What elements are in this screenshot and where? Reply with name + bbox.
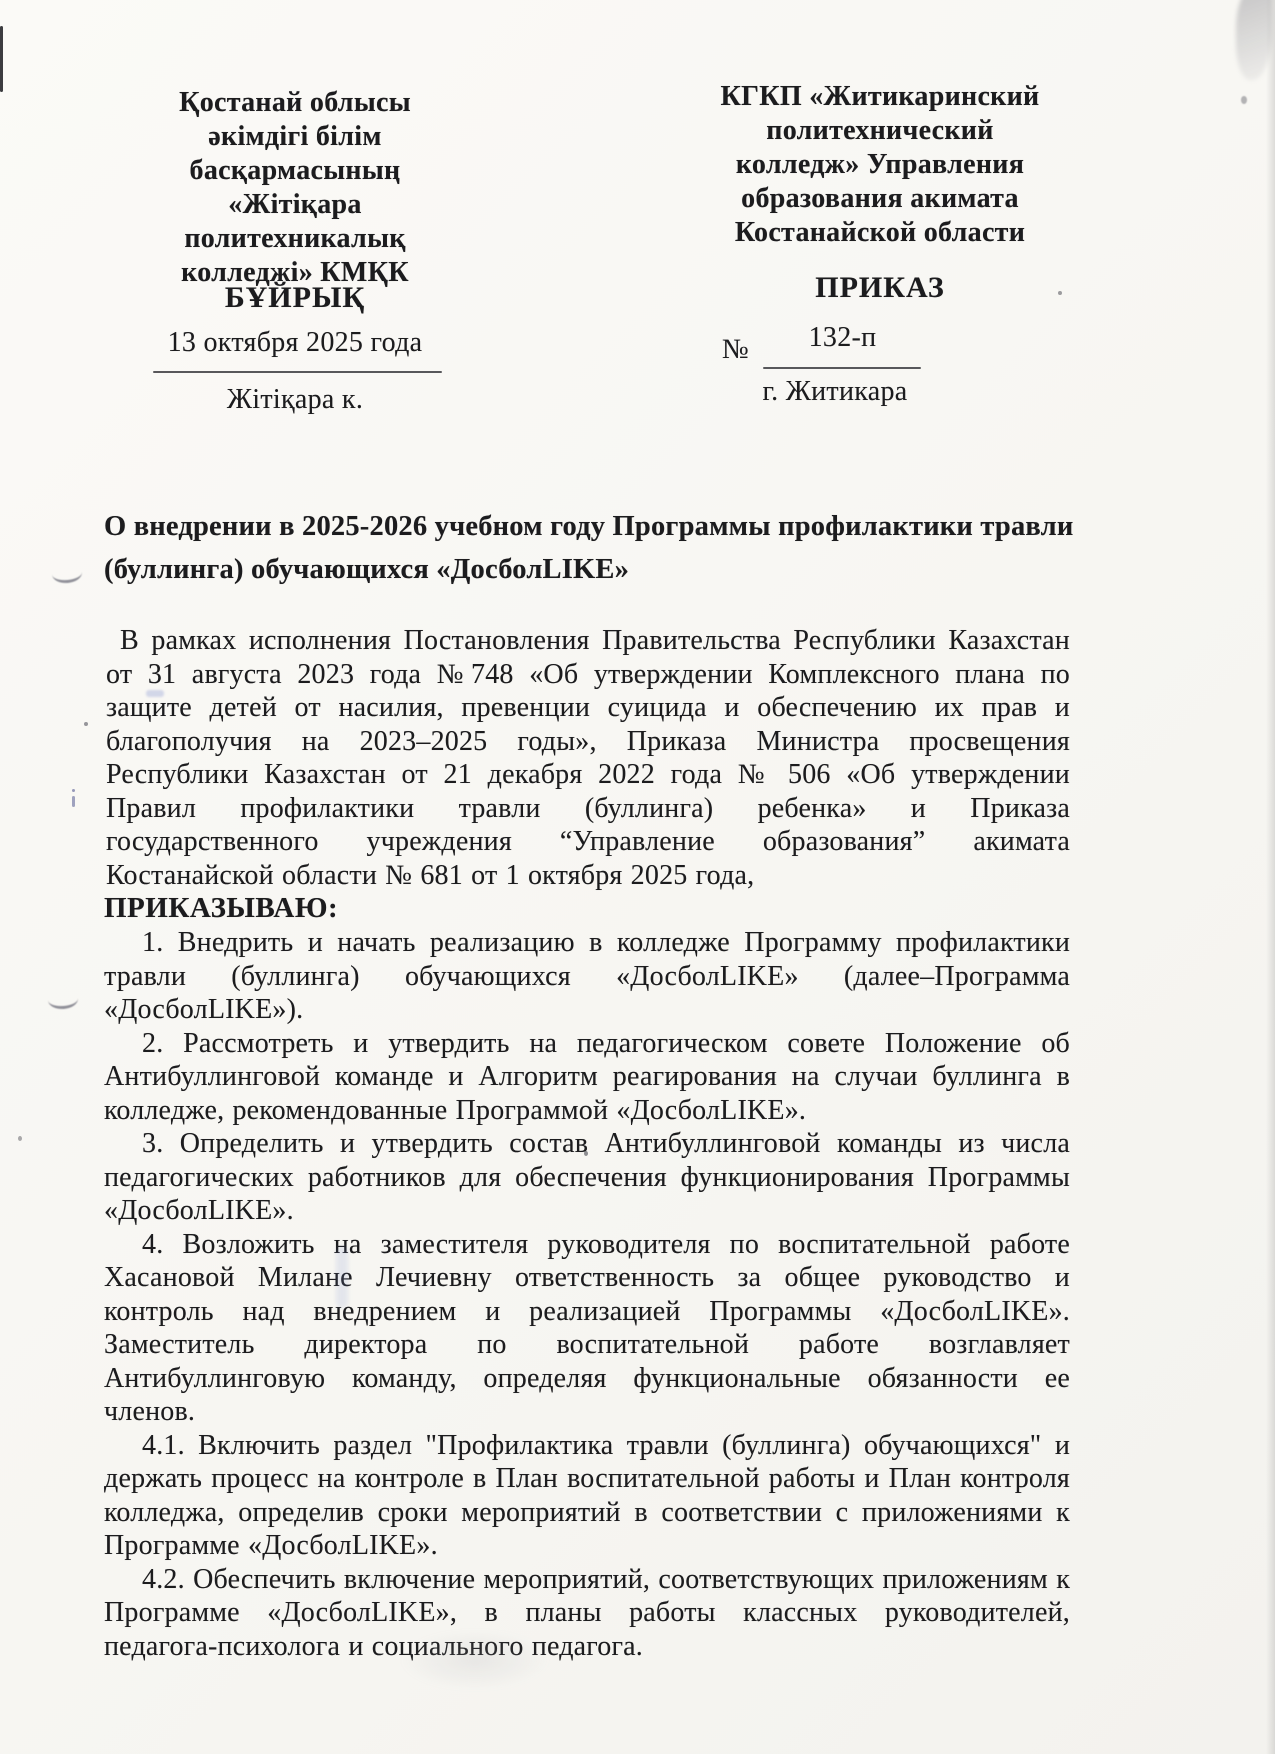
preamble-paragraph: В рамках исполнения Постановления Правит… <box>106 624 1070 892</box>
org-name-line: Қостанай облысы <box>120 86 470 120</box>
scan-artifact-pen-curve <box>51 563 83 585</box>
order-date: 13 октября 2025 года <box>120 327 470 359</box>
date-underline <box>153 371 442 373</box>
resolution-word: ПРИКАЗЫВАЮ: <box>104 892 338 925</box>
order-item: 4. Возложить на заместителя руководителя… <box>104 1228 1070 1429</box>
org-name-line: Костанайской области <box>665 216 1095 250</box>
scan-artifact-dot <box>1058 291 1062 295</box>
order-place-ru: г. Житикара <box>665 376 1005 408</box>
scan-artifact-ink-bleed <box>336 1246 348 1308</box>
order-number: 132-п <box>765 322 920 354</box>
order-place-kk: Жітіқара к. <box>120 384 470 416</box>
org-name-line: колледж» Управления <box>665 148 1095 182</box>
order-item: 3. Определить и утвердить состав Антибул… <box>104 1127 1070 1228</box>
scan-artifact-dot <box>18 1136 22 1141</box>
org-name-line: «Жітіқара политехникалық <box>120 188 470 256</box>
number-sign: № <box>722 334 749 366</box>
org-name-line: образования акимата <box>665 182 1095 216</box>
scan-artifact-dot <box>84 722 88 726</box>
org-name-line: басқармасының <box>120 154 470 188</box>
scan-artifact-smudge <box>400 1630 550 1690</box>
scan-artifact-edge-shade <box>1266 0 1275 1754</box>
number-underline <box>763 367 921 369</box>
order-item: 1. Внедрить и начать реализацию в коллед… <box>104 926 1070 1027</box>
scanned-order-page: Қостанай облысы әкімдігі білім басқармас… <box>0 0 1275 1754</box>
subject-title: О внедрении в 2025-2026 учебном году Про… <box>104 505 1084 591</box>
org-name-line: КГКП «Житикаринский <box>665 80 1095 114</box>
order-item: 2. Рассмотреть и утвердить на педагогиче… <box>104 1027 1070 1128</box>
scan-artifact-dot <box>1241 96 1247 104</box>
scan-artifact-ink-mark <box>72 789 75 792</box>
scan-artifact-ink-mark <box>72 796 75 807</box>
order-item: 4.2. Обеспечить включение мероприятий, с… <box>104 1563 1070 1664</box>
letterhead-russian: КГКП «Житикаринский политехнический колл… <box>665 80 1095 250</box>
scan-artifact-pen-curve <box>47 989 78 1010</box>
org-name-line: политехнический <box>665 114 1095 148</box>
letterhead-kazakh: Қостанай облысы әкімдігі білім басқармас… <box>120 86 470 290</box>
scan-artifact-ink-bleed <box>146 690 164 697</box>
order-heading-kk: БҰЙРЫҚ <box>120 281 470 315</box>
scan-artifact-edge-line <box>0 26 3 92</box>
order-item: 4.1. Включить раздел "Профилактика травл… <box>104 1429 1070 1563</box>
scan-artifact-dot <box>584 1151 588 1156</box>
org-name-line: әкімдігі білім <box>120 120 470 154</box>
order-items: 1. Внедрить и начать реализацию в коллед… <box>104 926 1070 1663</box>
order-heading-ru: ПРИКАЗ <box>665 271 1095 305</box>
